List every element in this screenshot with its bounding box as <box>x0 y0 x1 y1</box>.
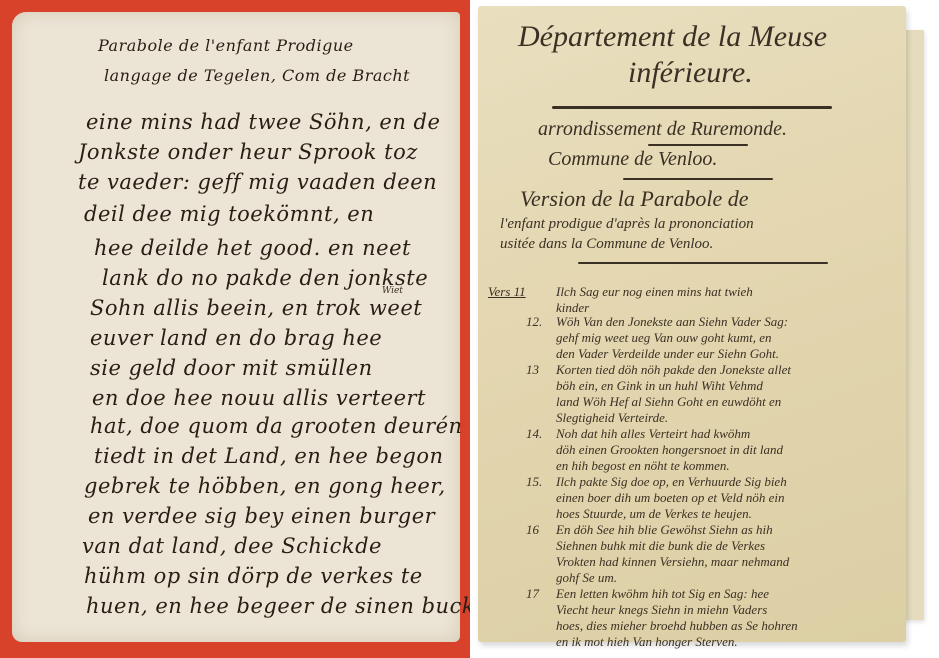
verse-line: Wöh Van den Jonekste aan Siehn Vader Sag… <box>556 314 788 330</box>
left-text-line: Sohn allis beein, en trok weet <box>90 296 422 320</box>
left-text-line: hee deilde het good. en neet <box>94 236 411 260</box>
verse-number: 14. <box>526 426 542 442</box>
verse-line: den Vader Verdeilde under eur Siehn Goht… <box>556 346 779 362</box>
left-manuscript-page: Parabole de l'enfant Prodigue langage de… <box>12 12 460 642</box>
verse-line: gehf mig weet ueg Van ouw goht kumt, en <box>556 330 772 346</box>
divider <box>648 144 748 146</box>
verse-line: hoes Stuurde, um de Verkes te heujen. <box>556 506 752 522</box>
verse-line: En döh See hih blie Gewöhst Siehn as hih <box>556 522 773 538</box>
verse-line: en ik mot hieh Van honger Sterven. <box>556 634 738 650</box>
right-manuscript-page: Département de la Meuse inférieure. arro… <box>478 6 906 642</box>
verse-line: Ilch pakte Sig doe op, en Verhuurde Sig … <box>556 474 787 490</box>
verse-number: 12. <box>526 314 542 330</box>
verse-line: einen boer dih um boeten op et Veld nöh … <box>556 490 785 506</box>
verse-line: döh einen Grookten hongersnoet in dit la… <box>556 442 783 458</box>
verse-line: land Wöh Hef al Siehn Goht en euwdöht en <box>556 394 781 410</box>
right-manuscript-background: Département de la Meuse inférieure. arro… <box>470 0 939 658</box>
left-text-line: sie geld door mit smüllen <box>90 356 373 380</box>
version-heading-line-1: Version de la Parabole de <box>520 186 749 212</box>
left-insertion-note: Wiet <box>382 286 403 296</box>
left-header-line-1: Parabole de l'enfant Prodigue <box>98 36 354 55</box>
verse-line: Een letten kwöhm hih tot Sig en Sag: hee <box>556 586 769 602</box>
divider <box>578 262 828 264</box>
left-text-line: hühm op sin dörp de verkes te <box>84 564 423 588</box>
arrondissement-line: arrondissement de Ruremonde. <box>538 118 787 141</box>
version-heading-line-3: usitée dans la Commune de Venloo. <box>500 236 713 253</box>
verse-line: Siehnen buhk mit die bunk die de Verkes <box>556 538 765 554</box>
verse-number: 15. <box>526 474 542 490</box>
left-text-line: hat, doe quom da grooten deurén <box>90 414 463 438</box>
verse-line: Noh dat hih alles Verteirt had kwöhm <box>556 426 750 442</box>
left-text-line: huen, en hee begeer de sinen buck <box>86 594 475 618</box>
left-text-line: euver land en do brag hee <box>90 326 382 350</box>
verse-number: 17 <box>526 586 539 602</box>
verse-line: Ilch Sag eur nog einen mins hat twieh <box>556 284 753 300</box>
verse-chapter-label: Vers 11 <box>488 284 526 300</box>
left-text-line: eine mins had twee Söhn, en de <box>86 110 440 134</box>
left-text-line: deil dee mig toekömnt, en <box>84 202 374 226</box>
left-text-line: van dat land, dee Schickde <box>82 534 382 558</box>
left-text-line: en verdee sig bey einen burger <box>88 504 435 528</box>
left-text-line: tiedt in det Land, en hee begon <box>94 444 444 468</box>
verse-line: hoes, dies mieher broehd hubben as Se ho… <box>556 618 798 634</box>
divider <box>552 106 832 109</box>
verse-line: Slegtigheid Verteirde. <box>556 410 668 426</box>
verse-number: 16 <box>526 522 539 538</box>
verse-number: 13 <box>526 362 539 378</box>
left-text-line: en doe hee nouu allis verteert <box>92 386 426 410</box>
left-text-line: lank do no pakde den jonkste <box>102 266 428 290</box>
verse-line: böh ein, en Gink in un huhl Wiht Vehmd <box>556 378 763 394</box>
divider <box>623 178 773 180</box>
verse-line: Viecht heur knegs Siehn in miehn Vaders <box>556 602 767 618</box>
verse-line: en hih begost en nöht te kommen. <box>556 458 730 474</box>
version-heading-line-2: l'enfant prodigue d'après la prononciati… <box>500 216 754 233</box>
left-text-line: te vaeder: geff mig vaaden deen <box>78 170 437 194</box>
verse-line: Korten tied döh nöh pakde den Jonekste a… <box>556 362 791 378</box>
left-header-line-2: langage de Tegelen, Com de Bracht <box>104 66 410 85</box>
right-title-line-2: inférieure. <box>628 56 753 90</box>
right-title-line-1: Département de la Meuse <box>518 20 827 54</box>
commune-line: Commune de Venloo. <box>548 148 717 171</box>
left-manuscript-background: Parabole de l'enfant Prodigue langage de… <box>0 0 470 658</box>
verse-line: Vrokten had kinnen Versiehn, maar nehman… <box>556 554 789 570</box>
verse-line: gohf Se um. <box>556 570 617 586</box>
left-text-line: gebrek te höbben, en gong heer, <box>84 474 446 498</box>
left-text-line: Jonkste onder heur Sprook toz <box>78 140 418 164</box>
